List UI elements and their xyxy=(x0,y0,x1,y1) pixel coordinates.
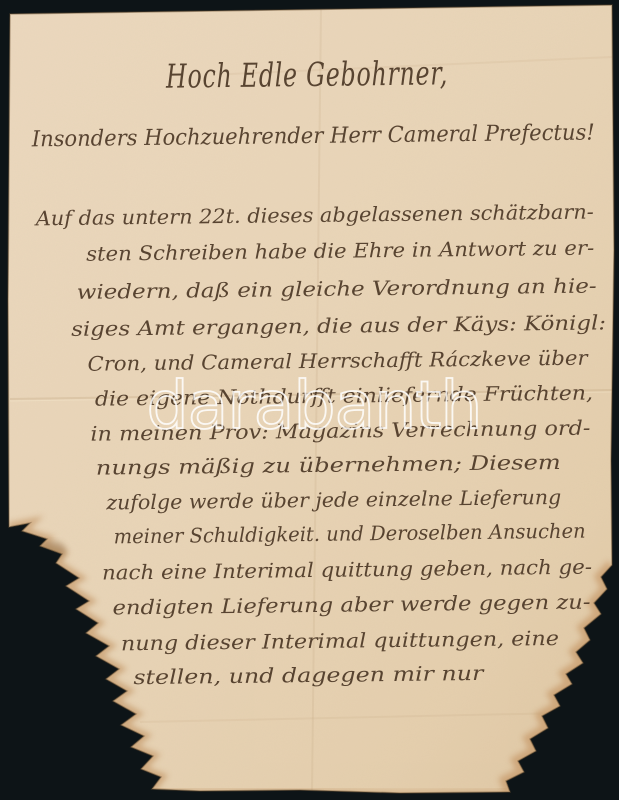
watermark-text: darabanth xyxy=(147,367,482,444)
photo-background: Hoch Edle Gebohrner, Insonders Hochzuehr… xyxy=(0,0,619,800)
letter-heading: Hoch Edle Gebohrner, xyxy=(165,53,448,95)
scanned-letter-photo: Hoch Edle Gebohrner, Insonders Hochzuehr… xyxy=(0,0,619,800)
letter-line: stellen, und dagegen mir nur xyxy=(133,661,485,689)
